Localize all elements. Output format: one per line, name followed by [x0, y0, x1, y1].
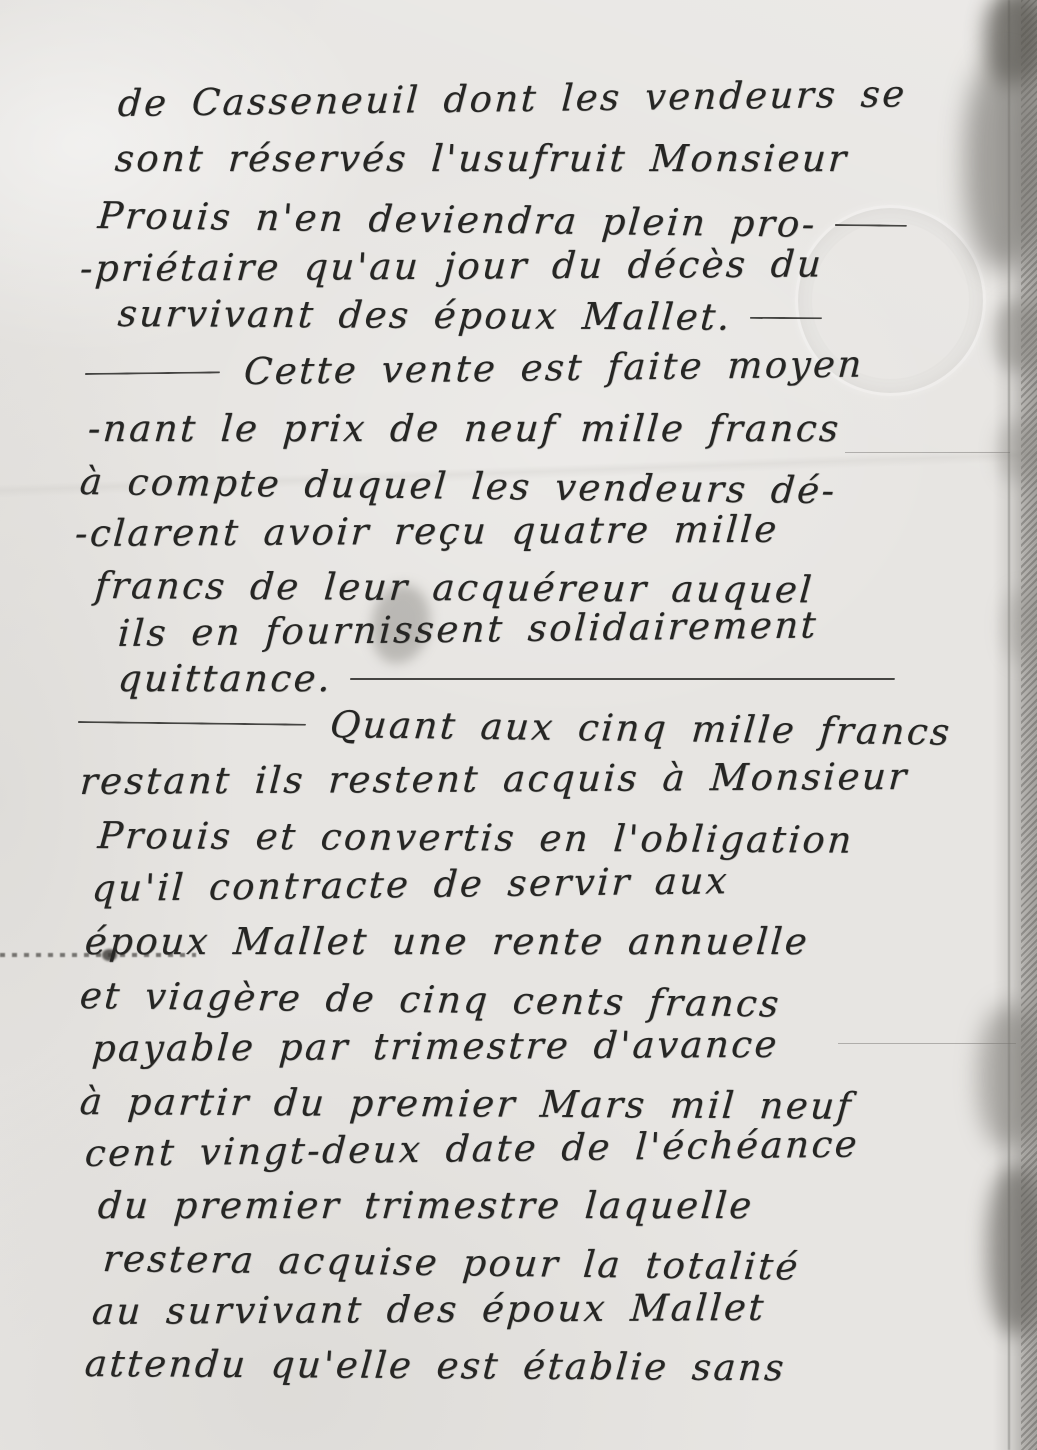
line-text: restera acquise pour la totalité	[101, 1237, 801, 1288]
line-text: -priétaire qu'au jour du décès du	[79, 242, 825, 290]
handwritten-line: -nant le prix de neuf mille francs	[87, 410, 842, 447]
handwritten-line: Quant aux cinq mille francs	[76, 703, 953, 751]
handwritten-line: au survivant des époux Mallet	[91, 1289, 767, 1330]
handwritten-line: restera acquise pour la totalité	[101, 1240, 801, 1285]
ink-rule	[350, 678, 895, 680]
handwritten-line: payable par trimestre d'avance	[91, 1026, 780, 1067]
handwritten-line: ils en fournissent solidairement	[117, 606, 819, 652]
line-text: à compte duquel les vendeurs dé-	[78, 460, 838, 512]
line-text: qu'il contracte de servir aux	[91, 859, 731, 910]
line-text: -clarent avoir reçu quatre mille	[74, 508, 781, 555]
handwritten-line: et viagère de cinq cents francs	[78, 977, 782, 1023]
line-text: au survivant des époux Mallet	[91, 1286, 768, 1333]
handwritten-line: -priétaire qu'au jour du décès du	[79, 245, 825, 287]
line-text: époux Mallet une rente annuelle	[83, 920, 810, 963]
handwritten-line: Prouis n'en deviendra plein pro-	[96, 197, 908, 244]
handwritten-line: à partir du premier Mars mil neuf	[79, 1083, 855, 1125]
line-text: Prouis et convertis en l'obligation	[96, 814, 855, 862]
line-text: payable par trimestre d'avance	[91, 1023, 781, 1070]
line-text: à partir du premier Mars mil neuf	[78, 1080, 854, 1128]
ink-rule	[78, 721, 306, 726]
handwritten-line: de Casseneuil dont les vendeurs se	[117, 75, 908, 122]
line-text: du premier trimestre laquelle	[96, 1184, 755, 1227]
line-text: ils en fournissent solidairement	[117, 603, 820, 655]
handwritten-line: -clarent avoir reçu quatre mille	[74, 511, 780, 552]
line-text: cent vingt-deux date de l'échéance	[84, 1123, 861, 1175]
handwriting-layer: de Casseneuil dont les vendeurs sesont r…	[0, 0, 1037, 1450]
line-text: et viagère de cinq cents francs	[78, 974, 782, 1026]
line-text: Prouis n'en deviendra plein pro-	[96, 194, 818, 246]
line-text: Quant aux cinq mille francs	[328, 703, 953, 754]
line-text: sont réservés l'usufruit Monsieur	[113, 137, 849, 180]
handwritten-line: francs de leur acquéreur auquel	[94, 567, 816, 608]
handwritten-line: quittance.	[117, 660, 897, 697]
handwritten-line: qu'il contracte de servir aux	[91, 862, 730, 907]
handwritten-line: sont réservés l'usufruit Monsieur	[114, 140, 850, 177]
manuscript-page: de Casseneuil dont les vendeurs sesont r…	[0, 0, 1037, 1450]
handwritten-line: Prouis et convertis en l'obligation	[97, 817, 856, 859]
ink-rule	[750, 317, 822, 319]
line-text: -nant le prix de neuf mille francs	[86, 407, 842, 450]
line-text: restant ils restent acquis à Monsieur	[79, 755, 910, 803]
line-text: attendu qu'elle est établie sans	[83, 1342, 787, 1389]
handwritten-line: restant ils restent acquis à Monsieur	[79, 758, 910, 800]
line-text: survivant des époux Mallet.	[116, 292, 733, 339]
handwritten-line: attendu qu'elle est établie sans	[84, 1345, 788, 1386]
handwritten-line: cent vingt-deux date de l'échéance	[84, 1126, 860, 1172]
line-text: de Casseneuil dont les vendeurs se	[117, 72, 908, 125]
ink-rule	[835, 224, 907, 227]
line-text: Cette vente est faite moyen	[243, 342, 865, 393]
handwritten-line: du premier trimestre laquelle	[97, 1187, 755, 1224]
line-text: quittance.	[116, 657, 333, 700]
handwritten-line: à compte duquel les vendeurs dé-	[78, 463, 838, 509]
handwritten-line: époux Mallet une rente annuelle	[84, 923, 811, 960]
handwritten-line: survivant des époux Mallet.	[117, 295, 824, 336]
ink-rule	[85, 371, 220, 375]
handwritten-line: Cette vente est faite moyen	[84, 345, 865, 392]
